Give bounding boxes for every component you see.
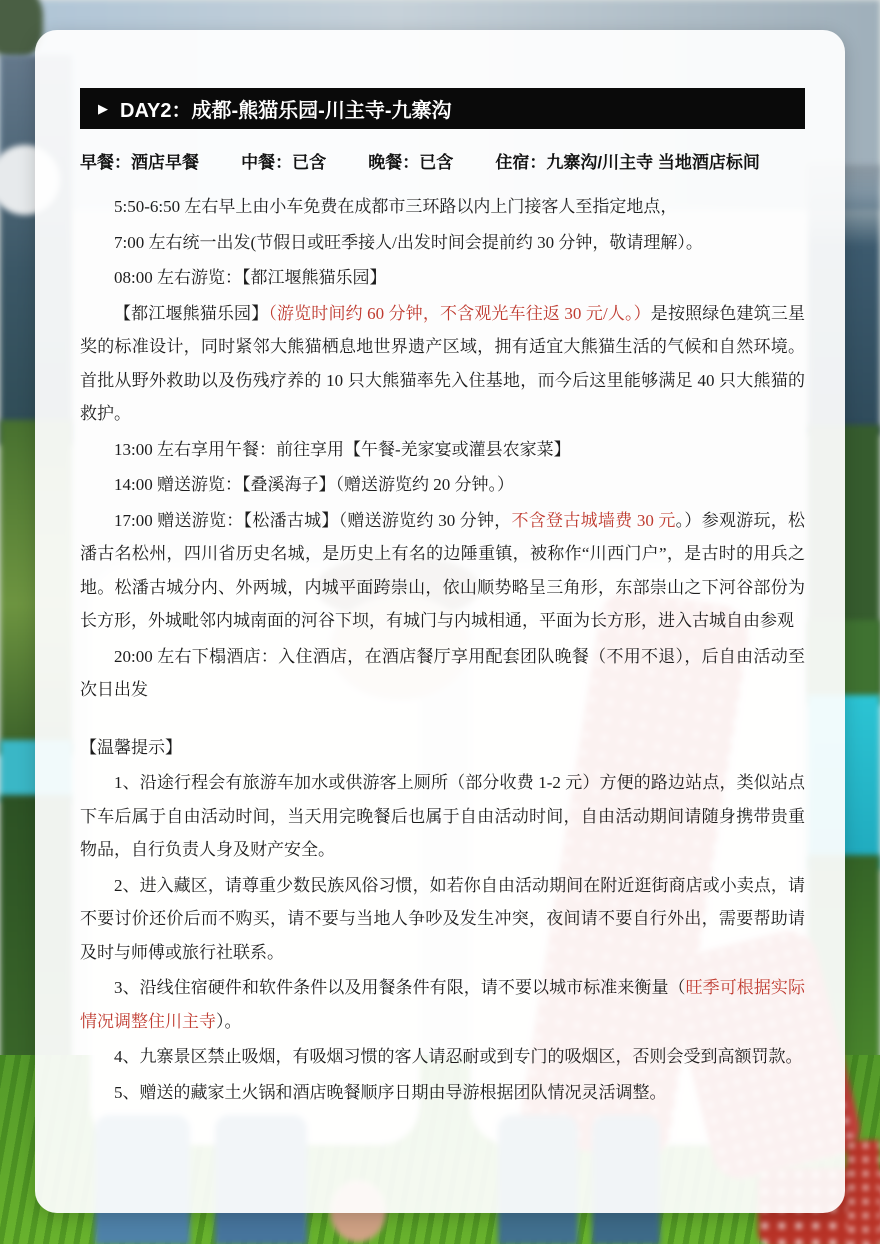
notice-section: 【温馨提示】 1、沿途行程会有旅游车加水或供游客上厕所（部分收费 1-2 元）方… bbox=[80, 731, 805, 1110]
meal-breakfast: 早餐：酒店早餐 bbox=[80, 153, 199, 172]
day-title: DAY2：成都-熊猫乐园-川主寺-九寨沟 bbox=[120, 94, 452, 123]
text-run: 7:00 左右统一出发(节假日或旺季接人/出发时间会提前约 30 分钟，敬请理解… bbox=[114, 233, 703, 252]
itinerary-paragraph: 08:00 左右游览：【都江堰熊猫乐园】 bbox=[80, 261, 805, 295]
notice-paragraph: 4、九寨景区禁止吸烟，有吸烟习惯的客人请忍耐或到专门的吸烟区，否则会受到高额罚款… bbox=[80, 1040, 805, 1074]
text-run: 5、赠送的藏家土火锅和酒店晚餐顺序日期由导游根据团队情况灵活调整。 bbox=[114, 1083, 667, 1102]
text-run: 3、沿线住宿硬件和软件条件以及用餐条件有限，请不要以城市标准来衡量（ bbox=[114, 978, 686, 997]
text-run: 08:00 左右游览：【都江堰熊猫乐园】 bbox=[114, 268, 386, 287]
notice-paragraph: 3、沿线住宿硬件和软件条件以及用餐条件有限，请不要以城市标准来衡量（旺季可根据实… bbox=[80, 971, 805, 1038]
notice-title: 【温馨提示】 bbox=[80, 731, 805, 765]
text-run: 5:50-6:50 左右早上由小车免费在成都市三环路以内上门接客人至指定地点， bbox=[114, 197, 677, 216]
itinerary-paragraph: 14:00 赠送游览：【叠溪海子】（赠送游览约 20 分钟。） bbox=[80, 468, 805, 502]
schedule-section: 5:50-6:50 左右早上由小车免费在成都市三环路以内上门接客人至指定地点，7… bbox=[80, 190, 805, 707]
meal-dinner: 晚餐：已含 bbox=[368, 153, 453, 172]
text-run: 2、进入藏区，请尊重少数民族风俗习惯，如若你自由活动期间在附近逛街商店或小卖点，… bbox=[80, 876, 805, 962]
red-garment-edge bbox=[846, 1140, 880, 1244]
text-run: 4、九寨景区禁止吸烟，有吸烟习惯的客人请忍耐或到专门的吸烟区，否则会受到高额罚款… bbox=[114, 1047, 803, 1066]
meal-info-line: 早餐：酒店早餐 中餐：已含 晚餐：已含 住宿：九寨沟/川主寺 当地酒店标间 bbox=[80, 148, 805, 178]
itinerary-paragraph: 17:00 赠送游览：【松潘古城】（赠送游览约 30 分钟，不含登古城墙费 30… bbox=[80, 504, 805, 638]
notice-paragraph: 5、赠送的藏家土火锅和酒店晚餐顺序日期由导游根据团队情况灵活调整。 bbox=[80, 1076, 805, 1110]
notice-paragraph: 1、沿途行程会有旅游车加水或供游客上厕所（部分收费 1-2 元）方便的路边站点，… bbox=[80, 766, 805, 867]
day-header-bar: ▶ DAY2：成都-熊猫乐园-川主寺-九寨沟 bbox=[80, 88, 805, 129]
play-marker-icon: ▶ bbox=[98, 102, 108, 115]
page: ▶ DAY2：成都-熊猫乐园-川主寺-九寨沟 早餐：酒店早餐 中餐：已含 晚餐：… bbox=[0, 0, 880, 1244]
itinerary-paragraph: 【都江堰熊猫乐园】（游览时间约 60 分钟，不含观光车往返 30 元/人。）是按… bbox=[80, 297, 805, 431]
notice-items: 1、沿途行程会有旅游车加水或供游客上厕所（部分收费 1-2 元）方便的路边站点，… bbox=[80, 766, 805, 1109]
lodging-info: 住宿：九寨沟/川主寺 当地酒店标间 bbox=[495, 153, 759, 172]
text-run: 1、沿途行程会有旅游车加水或供游客上厕所（部分收费 1-2 元）方便的路边站点，… bbox=[80, 773, 805, 859]
text-run: 13:00 左右享用午餐：前往享用【午餐-羌家宴或灌县农家菜】 bbox=[114, 440, 571, 459]
text-run: 20:00 左右下榻酒店：入住酒店，在酒店餐厅享用配套团队晚餐（不用不退），后自… bbox=[80, 647, 805, 700]
itinerary-card: ▶ DAY2：成都-熊猫乐园-川主寺-九寨沟 早餐：酒店早餐 中餐：已含 晚餐：… bbox=[35, 30, 845, 1213]
itinerary-paragraph: 5:50-6:50 左右早上由小车免费在成都市三环路以内上门接客人至指定地点， bbox=[80, 190, 805, 224]
text-run: 17:00 赠送游览：【松潘古城】（赠送游览约 30 分钟， bbox=[114, 511, 512, 530]
itinerary-paragraph: 7:00 左右统一出发(节假日或旺季接人/出发时间会提前约 30 分钟，敬请理解… bbox=[80, 226, 805, 260]
text-run: ）。 bbox=[216, 1012, 242, 1031]
itinerary-paragraph: 20:00 左右下榻酒店：入住酒店，在酒店餐厅享用配套团队晚餐（不用不退），后自… bbox=[80, 640, 805, 707]
text-run: 【都江堰熊猫乐园】 bbox=[114, 304, 268, 323]
meal-lunch: 中餐：已含 bbox=[241, 153, 326, 172]
highlight-run: 不含登古城墙费 30 元 bbox=[512, 511, 676, 530]
highlight-run: （游览时间约 60 分钟，不含观光车往返 30 元/人。） bbox=[268, 304, 650, 323]
text-run: 14:00 赠送游览：【叠溪海子】（赠送游览约 20 分钟。） bbox=[114, 475, 514, 494]
notice-paragraph: 2、进入藏区，请尊重少数民族风俗习惯，如若你自由活动期间在附近逛街商店或小卖点，… bbox=[80, 869, 805, 970]
itinerary-paragraph: 13:00 左右享用午餐：前往享用【午餐-羌家宴或灌县农家菜】 bbox=[80, 433, 805, 467]
